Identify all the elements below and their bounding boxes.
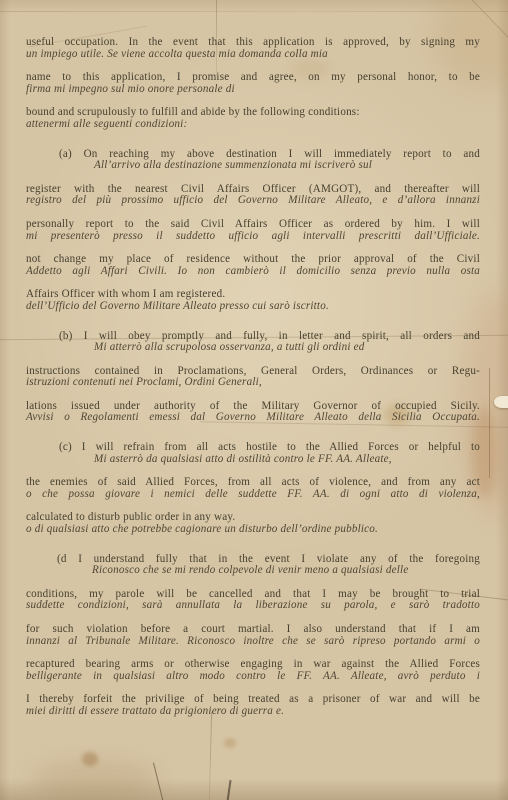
line-pair: useful occupation. In the event that thi… (26, 37, 480, 60)
crease-top-horizontal (0, 11, 508, 12)
line-english: (c) I will refrain from all acts hostile… (26, 442, 480, 454)
line-pair: Affairs Officer with whom I am registere… (26, 289, 480, 312)
paper-sheet: useful occupation. In the event that thi… (0, 0, 508, 800)
line-italian: Riconosco che se mi rendo colpevole di v… (26, 565, 480, 577)
line-italian: Addetto agli Affari Civili. Io non cambi… (26, 266, 480, 278)
line-english: useful occupation. In the event that thi… (26, 37, 480, 49)
line-pair: recaptured bearing arms or otherwise eng… (26, 659, 480, 682)
line-pair: the enemies of said Allied Forces, from … (26, 477, 480, 500)
line-italian: registro del più prossimo ufficio del Go… (26, 195, 480, 207)
stain-bottom-left (30, 760, 160, 800)
line-italian: o che possa giovare i nemici delle sudde… (26, 489, 480, 501)
line-pair: I thereby forfeit the privilige of being… (26, 694, 480, 717)
line-pair: conditions, my parole will be cancelled … (26, 589, 480, 612)
stain-bottom-dot-2 (224, 738, 236, 748)
line-italian: o di qualsiasi atto che potrebbe cagiona… (26, 524, 480, 536)
crease-bottom-fiber (226, 780, 231, 800)
line-italian: Mi asterrò da qualsiasi atto di ostilità… (26, 454, 480, 466)
line-pair: not change my place of residence without… (26, 254, 480, 277)
line-pair: instructions contained in Proclamations,… (26, 366, 480, 389)
line-italian: All’arrivo alla destinazione summenziona… (26, 160, 480, 172)
line-italian: firma mi impegno sul mio onore personale… (26, 84, 480, 96)
line-pair: (a) On reaching my above destination I w… (26, 149, 480, 172)
crease-bottom-diagonal (153, 763, 164, 800)
line-italian: miei diritti di essere trattato da prigi… (26, 706, 480, 718)
line-english: personally report to the said Civil Affa… (26, 219, 480, 231)
line-english: not change my place of residence without… (26, 254, 480, 266)
line-italian: Avvisi o Regolamenti emessi dal Governo … (26, 412, 480, 424)
line-pair: register with the nearest Civil Affairs … (26, 184, 480, 207)
line-pair: personally report to the said Civil Affa… (26, 219, 480, 242)
stain-bottom-dot (82, 752, 98, 766)
crease-bottom-vertical (209, 712, 212, 800)
line-english: for such violation before a court martia… (26, 624, 480, 636)
line-italian: belligerante in qualsiasi altro modo con… (26, 671, 480, 683)
line-pair: calculated to disturb public order in an… (26, 512, 480, 535)
line-pair: name to this application, I promise and … (26, 72, 480, 95)
crease-right-vertical (489, 368, 490, 478)
line-italian: attenermi alle seguenti condizioni: (26, 119, 480, 131)
tear-notch-right-edge (494, 396, 508, 408)
line-italian: dell’Ufficio del Governo Militare Alleat… (26, 301, 480, 313)
line-italian: Mi atterrò alla scrupolosa osservanza, a… (26, 342, 480, 354)
line-pair: for such violation before a court martia… (26, 624, 480, 647)
line-italian: un impiego utile. Se viene accolta quest… (26, 49, 480, 61)
line-pair: (c) I will refrain from all acts hostile… (26, 442, 480, 465)
line-pair: (d I understand fully that in the event … (26, 554, 480, 577)
line-pair: bound and scrupulously to fulfill and ab… (26, 107, 480, 130)
line-italian: suddette condizioni, sarà annullata la l… (26, 600, 480, 612)
line-italian: mi presenterò presso il suddetto ufficio… (26, 231, 480, 243)
line-pair: lations issued under authority of the Mi… (26, 401, 480, 424)
line-pair: (b) I will obey promptly and fully, in l… (26, 331, 480, 354)
line-italian: innanzi al Tribunale Militare. Riconosco… (26, 636, 480, 648)
document-body: useful occupation. In the event that thi… (26, 37, 480, 718)
line-italian: istruzioni contenuti nei Proclami, Ordin… (26, 377, 480, 389)
